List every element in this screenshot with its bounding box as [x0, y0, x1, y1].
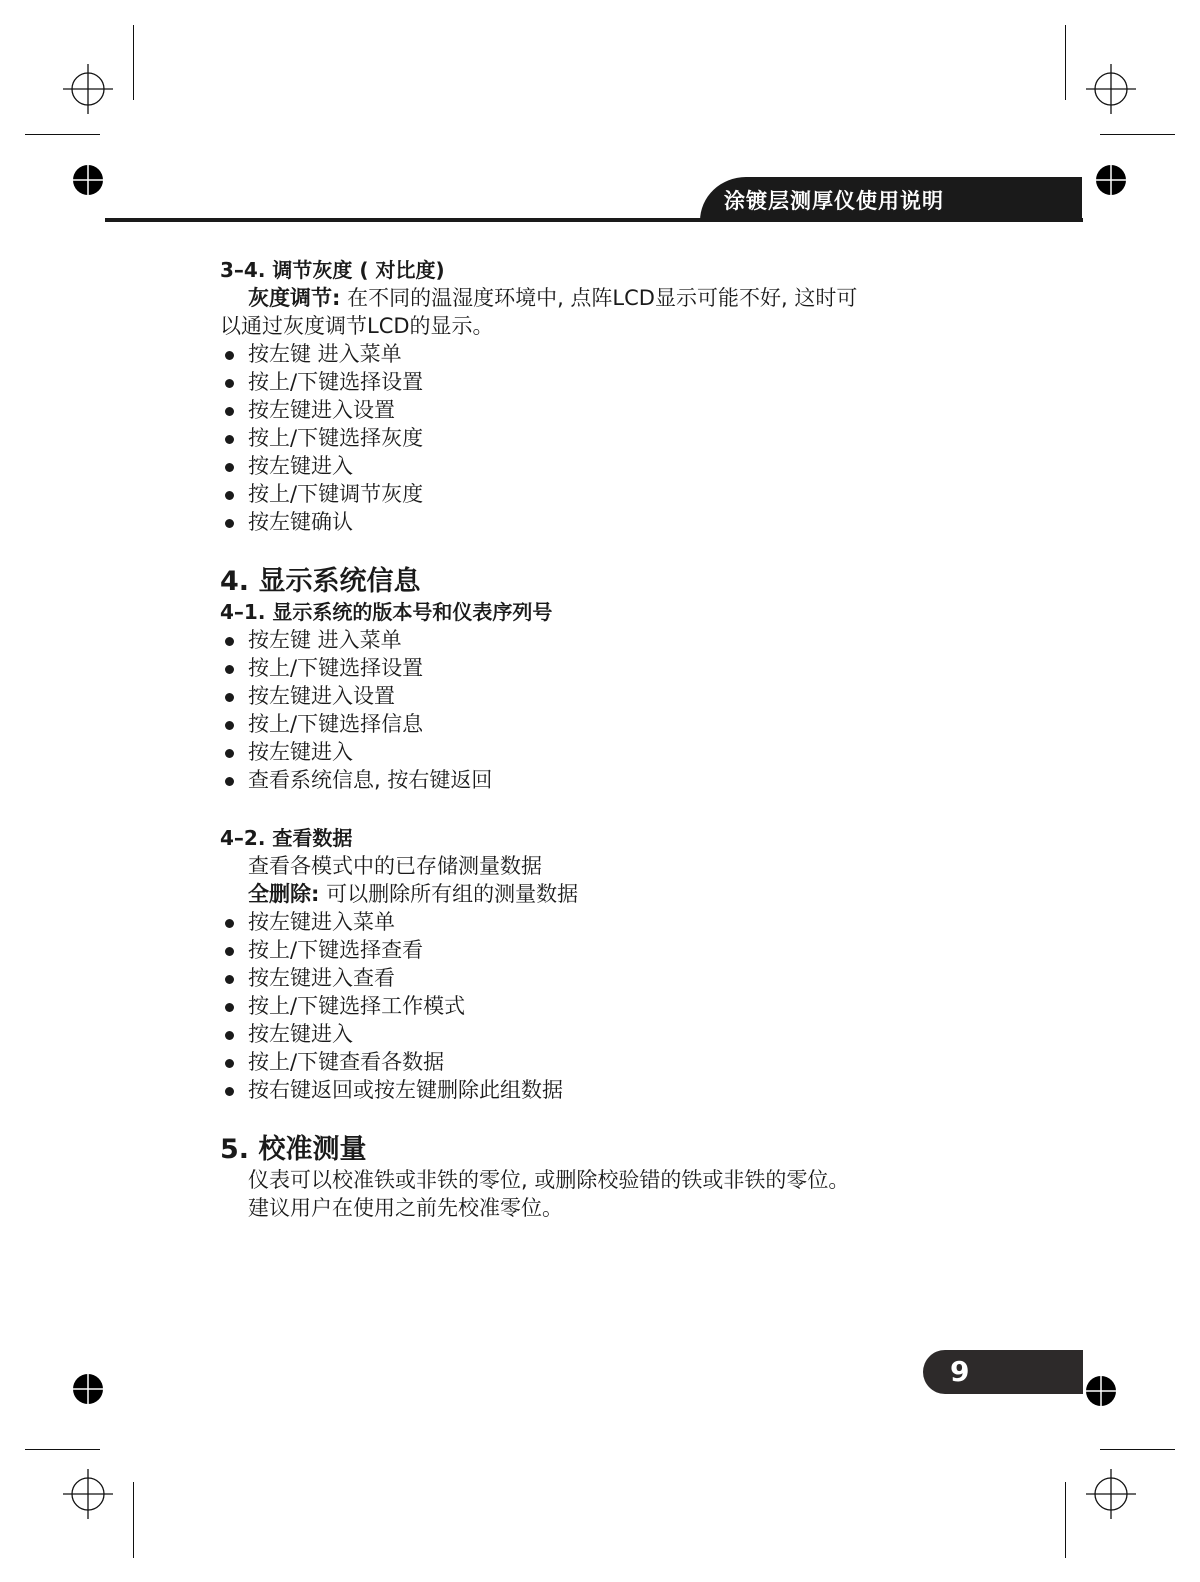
page-content: 3–4. 调节灰度 ( 对比度) 灰度调节: 在不同的温湿度环境中, 点阵LCD…	[220, 256, 1000, 1222]
registration-mark-icon	[1085, 1468, 1137, 1520]
list-item: 按左键进入设置	[220, 396, 1000, 424]
section-4-2: 4–2. 查看数据 查看各模式中的已存储测量数据 全删除: 可以删除所有组的测量…	[220, 824, 1000, 1104]
list-item: 按上/下键选择设置	[220, 654, 1000, 682]
section-3-4: 3–4. 调节灰度 ( 对比度) 灰度调节: 在不同的温湿度环境中, 点阵LCD…	[220, 256, 1000, 536]
section-heading: 4–1. 显示系统的版本号和仪表序列号	[220, 598, 1000, 626]
list-item: 按左键进入	[220, 1020, 1000, 1048]
list-item: 按左键进入	[220, 452, 1000, 480]
crop-mark-bottom-right-vertical	[1065, 1482, 1066, 1558]
list-item: 按左键 进入菜单	[220, 626, 1000, 654]
document-title: 涂镀层测厚仪使用说明	[724, 185, 944, 215]
list-item: 按上/下键选择设置	[220, 368, 1000, 396]
registration-mark-icon	[62, 63, 114, 115]
section-intro: 灰度调节: 在不同的温湿度环境中, 点阵LCD显示可能不好, 这时可	[220, 284, 1000, 312]
step-list: 按左键 进入菜单 按上/下键选择设置 按左键进入设置 按上/下键选择信息 按左键…	[220, 626, 1000, 794]
crop-mark-top-right-vertical	[1065, 25, 1066, 100]
filled-registration-mark-icon	[72, 164, 104, 196]
filled-registration-mark-icon	[72, 1373, 104, 1405]
list-item: 按上/下键查看各数据	[220, 1048, 1000, 1076]
filled-registration-mark-icon	[1095, 164, 1127, 196]
list-item: 按上/下键选择查看	[220, 936, 1000, 964]
crop-mark-bottom-left-horizontal	[25, 1449, 100, 1450]
crop-mark-top-left-horizontal	[25, 134, 100, 135]
paragraph: 建议用户在使用之前先校准零位。	[220, 1194, 1000, 1222]
section-4: 4. 显示系统信息	[220, 566, 1000, 598]
filled-registration-mark-icon	[1085, 1375, 1117, 1407]
crop-mark-top-left-vertical	[133, 25, 134, 100]
registration-mark-icon	[1085, 63, 1137, 115]
page-number: 9	[950, 1355, 969, 1388]
list-item: 按上/下键选择灰度	[220, 424, 1000, 452]
delete-all-text: 可以删除所有组的测量数据	[319, 882, 578, 906]
section-heading: 3–4. 调节灰度 ( 对比度)	[220, 256, 1000, 284]
list-item: 查看系统信息, 按右键返回	[220, 766, 1000, 794]
registration-mark-icon	[62, 1468, 114, 1520]
delete-all-label: 全删除:	[248, 882, 319, 906]
crop-mark-bottom-left-vertical	[133, 1482, 134, 1558]
list-item: 按左键进入	[220, 738, 1000, 766]
list-item: 按左键进入菜单	[220, 908, 1000, 936]
section-intro-continued: 以通过灰度调节LCD的显示。	[220, 312, 1000, 340]
step-list: 按左键 进入菜单 按上/下键选择设置 按左键进入设置 按上/下键选择灰度 按左键…	[220, 340, 1000, 536]
chapter-heading: 4. 显示系统信息	[220, 566, 1000, 598]
section-description: 查看各模式中的已存储测量数据	[220, 852, 1000, 880]
list-item: 按左键进入查看	[220, 964, 1000, 992]
list-item: 按左键确认	[220, 508, 1000, 536]
list-item: 按上/下键选择工作模式	[220, 992, 1000, 1020]
chapter-heading: 5. 校准测量	[220, 1134, 1000, 1166]
section-4-1: 4–1. 显示系统的版本号和仪表序列号 按左键 进入菜单 按上/下键选择设置 按…	[220, 598, 1000, 794]
list-item: 按上/下键选择信息	[220, 710, 1000, 738]
paragraph: 仪表可以校准铁或非铁的零位, 或删除校验错的铁或非铁的零位。	[220, 1166, 1000, 1194]
crop-mark-top-right-horizontal	[1100, 134, 1175, 135]
section-5: 5. 校准测量 仪表可以校准铁或非铁的零位, 或删除校验错的铁或非铁的零位。 建…	[220, 1134, 1000, 1222]
list-item: 按左键 进入菜单	[220, 340, 1000, 368]
intro-label: 灰度调节:	[248, 286, 340, 310]
delete-all-note: 全删除: 可以删除所有组的测量数据	[220, 880, 1000, 908]
crop-mark-bottom-right-horizontal	[1100, 1449, 1175, 1450]
list-item: 按上/下键调节灰度	[220, 480, 1000, 508]
list-item: 按左键进入设置	[220, 682, 1000, 710]
step-list: 按左键进入菜单 按上/下键选择查看 按左键进入查看 按上/下键选择工作模式 按左…	[220, 908, 1000, 1104]
list-item: 按右键返回或按左键删除此组数据	[220, 1076, 1000, 1104]
page-number-tab	[923, 1350, 1083, 1394]
intro-text: 在不同的温湿度环境中, 点阵LCD显示可能不好, 这时可	[340, 286, 857, 310]
section-heading: 4–2. 查看数据	[220, 824, 1000, 852]
